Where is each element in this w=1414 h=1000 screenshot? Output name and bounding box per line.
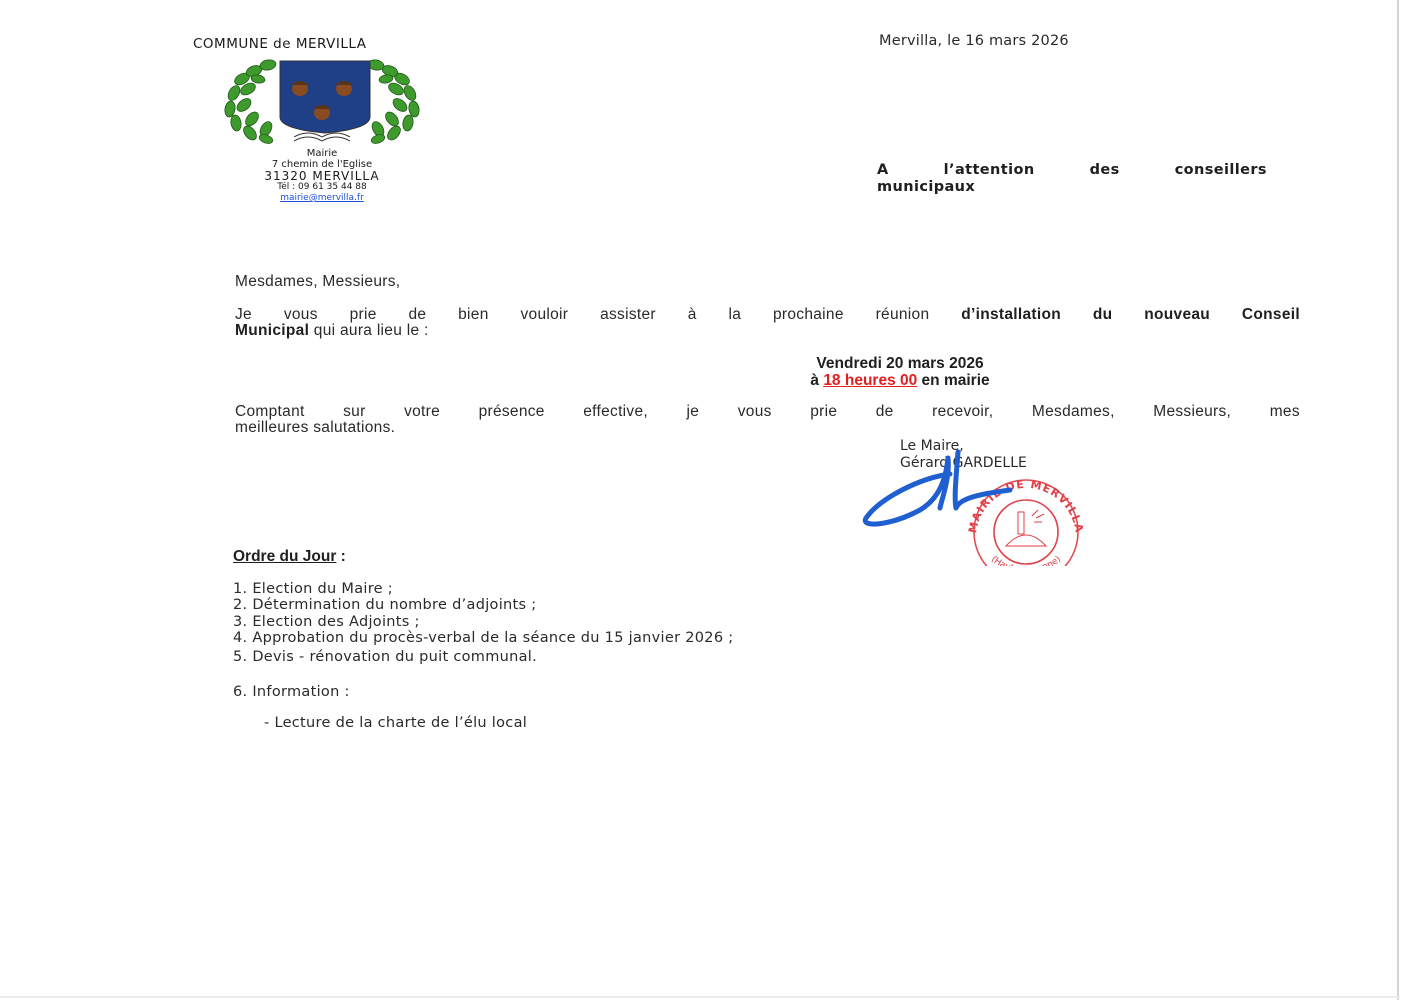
coat-of-arms-icon [222, 57, 422, 145]
bold-word: Conseil [1242, 307, 1300, 323]
word: recevoir, [932, 404, 993, 420]
invitation-line1: Jevouspriedebienvouloirassisteràlaprocha… [235, 307, 1300, 323]
page-bottom-edge [0, 996, 1400, 998]
address-phone: Tél : 09 61 35 44 88 [222, 182, 422, 193]
recipient-line2: municipaux [877, 179, 1267, 196]
bold-word: du [1093, 307, 1113, 323]
word: Comptant [235, 404, 305, 420]
email-link[interactable]: mairie@mervilla.fr [222, 193, 422, 204]
letter-date: Mervilla, le 16 mars 2026 [879, 33, 1069, 49]
word: conseillers [1175, 162, 1267, 179]
word: réunion [876, 307, 930, 323]
word: sur [343, 404, 365, 420]
invitation-line2: Municipal qui aura lieu le : [235, 323, 1300, 339]
word: vouloir [520, 307, 568, 323]
agenda-title-text: Ordre du Jour [233, 548, 336, 565]
address-city: 31320 MERVILLA [222, 170, 422, 182]
word: assister [600, 307, 656, 323]
bold-word: nouveau [1144, 307, 1210, 323]
closing-line2: meilleures salutations. [235, 420, 1300, 436]
word: de [408, 307, 426, 323]
word: je [687, 404, 700, 420]
word: à [688, 307, 697, 323]
invitation-line2-rest: qui aura lieu le : [309, 322, 428, 339]
word: prochaine [773, 307, 844, 323]
word: vous [738, 404, 772, 420]
word: bien [458, 307, 489, 323]
meeting-time: 18 heures 00 [823, 372, 917, 389]
word: des [1090, 162, 1120, 179]
closing-line1: Comptantsurvotreprésenceeffective,jevous… [235, 404, 1300, 420]
word: votre [404, 404, 440, 420]
bold-word: d’installation [961, 307, 1061, 323]
meeting-time-prefix: à [810, 372, 823, 389]
word: présence [479, 404, 545, 420]
agenda-list: 1. Election du Maire ; 2. Détermination … [233, 581, 733, 731]
commune-title: COMMUNE de MERVILLA [193, 36, 366, 52]
closing-paragraph: Comptantsurvotreprésenceeffective,jevous… [235, 404, 1300, 436]
meeting-location: en mairie [917, 372, 989, 389]
word: vous [284, 307, 318, 323]
word: Je [235, 307, 252, 323]
word: effective, [583, 404, 648, 420]
word: l’attention [944, 162, 1035, 179]
agenda-item: 4. Approbation du procès-verbal de la sé… [233, 630, 733, 646]
agenda-item: 6. Information : [233, 684, 733, 700]
agenda-title-colon: : [336, 548, 345, 565]
word: Messieurs, [1153, 404, 1231, 420]
meeting-details: Vendredi 20 mars 2026 à 18 heures 00 en … [540, 355, 1260, 389]
salutation: Mesdames, Messieurs, [235, 274, 1300, 290]
word: A [877, 162, 889, 179]
invitation-paragraph: Jevouspriedebienvouloirassisteràlaprocha… [235, 307, 1300, 339]
agenda-sub-item: - Lecture de la charte de l’élu local [233, 715, 733, 731]
page-edge [1397, 0, 1399, 1000]
recipient-block: Al’attentiondesconseillers municipaux [877, 162, 1267, 196]
agenda-item: 2. Détermination du nombre d’adjoints ; [233, 597, 733, 613]
meeting-date: Vendredi 20 mars 2026 [540, 355, 1260, 372]
mairie-address: Mairie 7 chemin de l'Eglise 31320 MERVIL… [222, 148, 422, 204]
agenda-item: 1. Election du Maire ; [233, 581, 733, 597]
word: prie [350, 307, 377, 323]
recipient-line1: Al’attentiondesconseillers [877, 162, 1267, 179]
word: prie [810, 404, 837, 420]
agenda-title: Ordre du Jour : [233, 548, 346, 566]
agenda-item: 3. Election des Adjoints ; [233, 614, 733, 630]
word: la [728, 307, 741, 323]
meeting-time-line: à 18 heures 00 en mairie [540, 372, 1260, 389]
word: mes [1270, 404, 1300, 420]
agenda-item: 5. Devis - rénovation du puit communal. [233, 649, 733, 665]
address-line1: Mairie [222, 148, 422, 159]
invitation-bold-municipal: Municipal [235, 322, 309, 339]
word: Mesdames, [1032, 404, 1115, 420]
signature-icon [850, 438, 1030, 538]
word: de [876, 404, 894, 420]
